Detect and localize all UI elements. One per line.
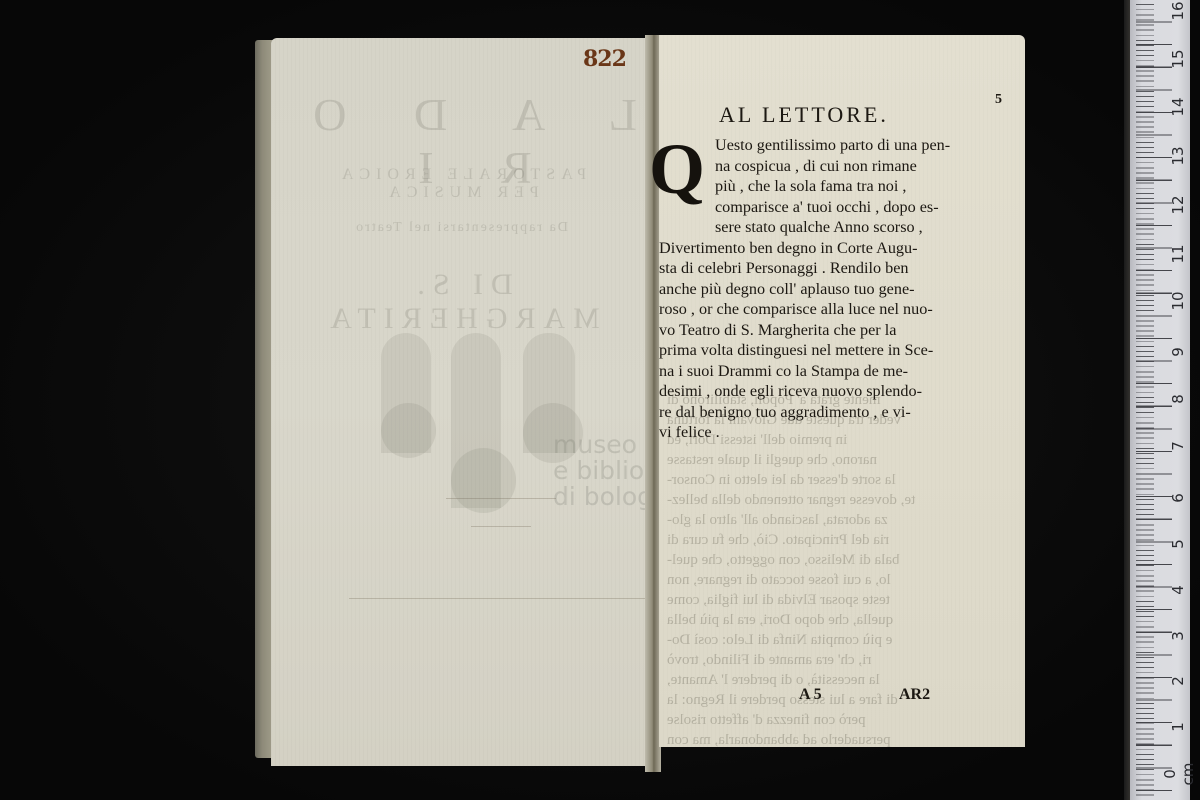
show-through-line: PASTORALE EROICA	[271, 166, 651, 184]
text-line: prima volta distinguesi nel mettere in S…	[659, 340, 989, 361]
ruler-ticks-major	[1136, 0, 1172, 800]
text-line: Divertimento ben degno in Corte Augu-	[659, 238, 989, 259]
ruler-label: 8	[1169, 389, 1187, 409]
text-line: anche più degno coll' aplauso tuo gene-	[659, 279, 989, 300]
show-through-line: DI S. MARGHERITA	[271, 268, 651, 336]
text-line: na i suoi Drammi co la Stampa de me-	[659, 361, 989, 382]
text-line: comparisce a' tuoi occhi , dopo es-	[659, 197, 989, 218]
text-line: sere stato qualche Anno scorso ,	[659, 217, 989, 238]
text-line: Uesto gentilissimo parto di una pen-	[659, 135, 989, 156]
page-number: 5	[995, 92, 1002, 108]
ruler-label: 16	[1169, 0, 1187, 25]
ruler-label: 14	[1169, 93, 1187, 121]
ruler-label: 4	[1169, 580, 1187, 600]
ruler-label: 1	[1169, 717, 1187, 737]
ruler-label: 10	[1169, 287, 1187, 315]
right-page: 5 AL LETTORE. mente grata a' Popoli, sta…	[659, 35, 1025, 747]
show-through-rule	[349, 598, 649, 599]
left-page: 822 L A D O R I PASTORALE EROICA PER MUS…	[271, 38, 651, 766]
signature-mark: A 5	[799, 686, 822, 704]
ruler-label: 15	[1169, 45, 1187, 73]
watermark-logo	[381, 333, 611, 533]
ruler-label: 9	[1169, 342, 1187, 362]
text-line: più , che la sola fama tra noi ,	[659, 176, 989, 197]
ruler-label: 0 cm	[1161, 757, 1197, 791]
page-heading: AL LETTORE.	[719, 102, 889, 128]
show-through-rule	[471, 526, 531, 527]
text-line: na cospicua , di cui non rimane	[659, 156, 989, 177]
text-line: desimi , onde egli riceva nuovo splendo-	[659, 381, 989, 402]
ruler-label: 11	[1169, 240, 1187, 268]
catchword-mark: AR2	[899, 686, 930, 704]
text-line: re dal benigno tuo aggradimento , e vi-	[659, 402, 989, 423]
text-line: sta di celebri Personaggi . Rendilo ben	[659, 258, 989, 279]
ruler-label: 3	[1169, 626, 1187, 646]
show-through-text: mente grata a' Popoli, stabilirono di ve…	[667, 390, 997, 750]
drop-cap: Q	[649, 133, 705, 205]
ruler-label: 2	[1169, 671, 1187, 691]
text-line: vo Teatro di S. Margherita che per la	[659, 320, 989, 341]
show-through-line: Da rappresentarsi nel Teatro	[271, 220, 651, 236]
ruler-label: 5	[1169, 534, 1187, 554]
text-line: roso , or che comparisce alla luce nel n…	[659, 299, 989, 320]
body-text: Uesto gentilissimo parto di una pen- na …	[659, 135, 989, 443]
text-line: vi felice .	[659, 422, 989, 443]
shelfmark: 822	[583, 46, 626, 72]
show-through-line: PER MUSICA	[271, 184, 651, 202]
show-through-rule	[446, 498, 556, 499]
ruler-label: 12	[1169, 191, 1187, 219]
ruler-label: 6	[1169, 488, 1187, 508]
measurement-ruler: 0 cm 1 2 3 4 5 6 7 8 9 10 11 12 13 14 15…	[1130, 0, 1190, 800]
book-spread: 822 L A D O R I PASTORALE EROICA PER MUS…	[255, 35, 1025, 772]
show-through-title: L A D O R I	[271, 88, 651, 194]
ruler-label: 13	[1169, 142, 1187, 170]
ruler-label: 7	[1169, 436, 1187, 456]
